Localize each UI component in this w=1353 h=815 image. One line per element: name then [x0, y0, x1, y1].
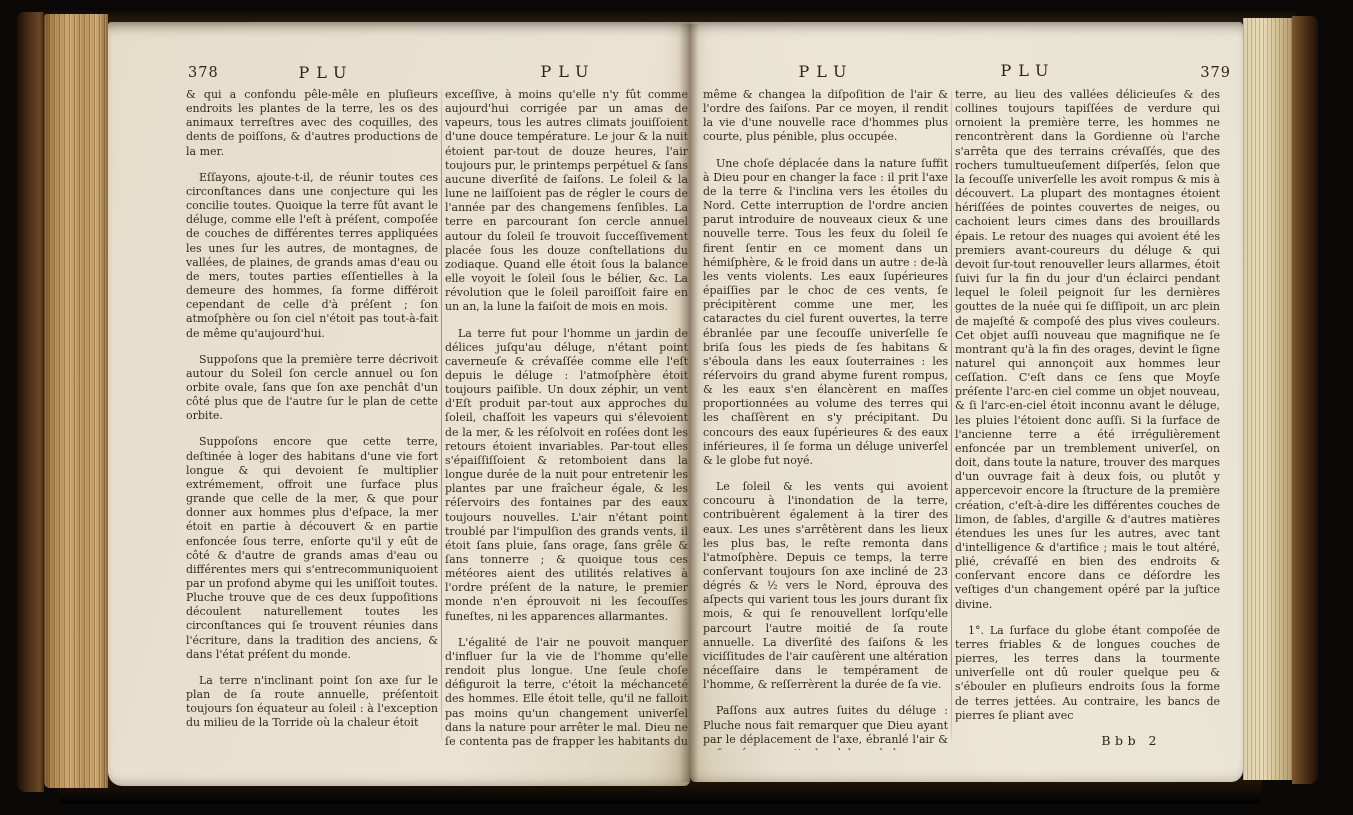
paragraph: Paſſons aux autres ſuites du déluge : Pl…: [703, 704, 948, 750]
running-head-right-page: PLU PLU 379: [690, 62, 1243, 88]
page-fore-edges-left: [44, 14, 108, 788]
paragraph: L'égalité de l'air ne pouvoit manquer d'…: [445, 636, 688, 750]
paragraph: Suppoſons encore que cette terre, deſtin…: [186, 435, 438, 662]
column-divider: [951, 90, 952, 740]
running-title: PLU: [299, 63, 354, 82]
signature-mark: Bbb 2: [1101, 733, 1161, 748]
book-top-edge: [40, 7, 1296, 23]
paragraph: exceſſive, à moins qu'elle n'y fût comme…: [445, 88, 688, 315]
paragraph: Une choſe déplacée dans la nature ſuffit…: [703, 157, 948, 468]
book-cover-right: [1292, 16, 1318, 784]
text-column-4: terre, au lieu des vallées délicieuſes &…: [955, 88, 1220, 750]
paragraph: même & changea la diſpoſition de l'air &…: [703, 88, 948, 145]
paragraph: La terre n'inclinant point ſon axe ſur l…: [186, 674, 438, 731]
text-columns-left-page: & qui a confondu pêle-mêle en pluſieurs …: [186, 88, 689, 750]
book-cover-left: [17, 12, 44, 792]
text-column-1: & qui a confondu pêle-mêle en pluſieurs …: [186, 88, 438, 750]
column-divider: [441, 90, 442, 740]
running-title: PLU: [541, 62, 596, 81]
running-title: PLU: [799, 62, 854, 81]
text-columns-right-page: même & changea la diſpoſition de l'air &…: [703, 88, 1221, 750]
running-head-left-page: 378 PLU PLU: [108, 62, 690, 88]
page-378: 378 PLU PLU & qui a confondu pêle-mêle e…: [108, 22, 690, 786]
page-379: PLU PLU 379 même & changea la diſpoſitio…: [690, 22, 1243, 782]
text-column-3: même & changea la diſpoſition de l'air &…: [703, 88, 948, 750]
paragraph: terre, au lieu des vallées délicieuſes &…: [955, 88, 1220, 612]
text-column-2: exceſſive, à moins qu'elle n'y fût comme…: [445, 88, 688, 750]
page-fore-edges-right: [1243, 18, 1293, 780]
page-number: 378: [188, 65, 219, 81]
paragraph: Suppoſons que la première terre décrivoi…: [186, 353, 438, 424]
paragraph: Le ſoleil & les vents qui avoient concou…: [703, 480, 948, 692]
paragraph: & qui a confondu pêle-mêle en pluſieurs …: [186, 88, 438, 159]
book-scan: 378 PLU PLU & qui a confondu pêle-mêle e…: [0, 0, 1353, 815]
running-title: PLU: [1001, 61, 1056, 80]
paragraph: La terre fut pour l'homme un jardin de d…: [445, 327, 688, 624]
page-number: 379: [1200, 65, 1231, 81]
paragraph: 1°. La ſurface du globe étant compoſée d…: [955, 624, 1220, 723]
paragraph: Eſſayons, ajoute-t-il, de réunir toutes …: [186, 171, 438, 341]
